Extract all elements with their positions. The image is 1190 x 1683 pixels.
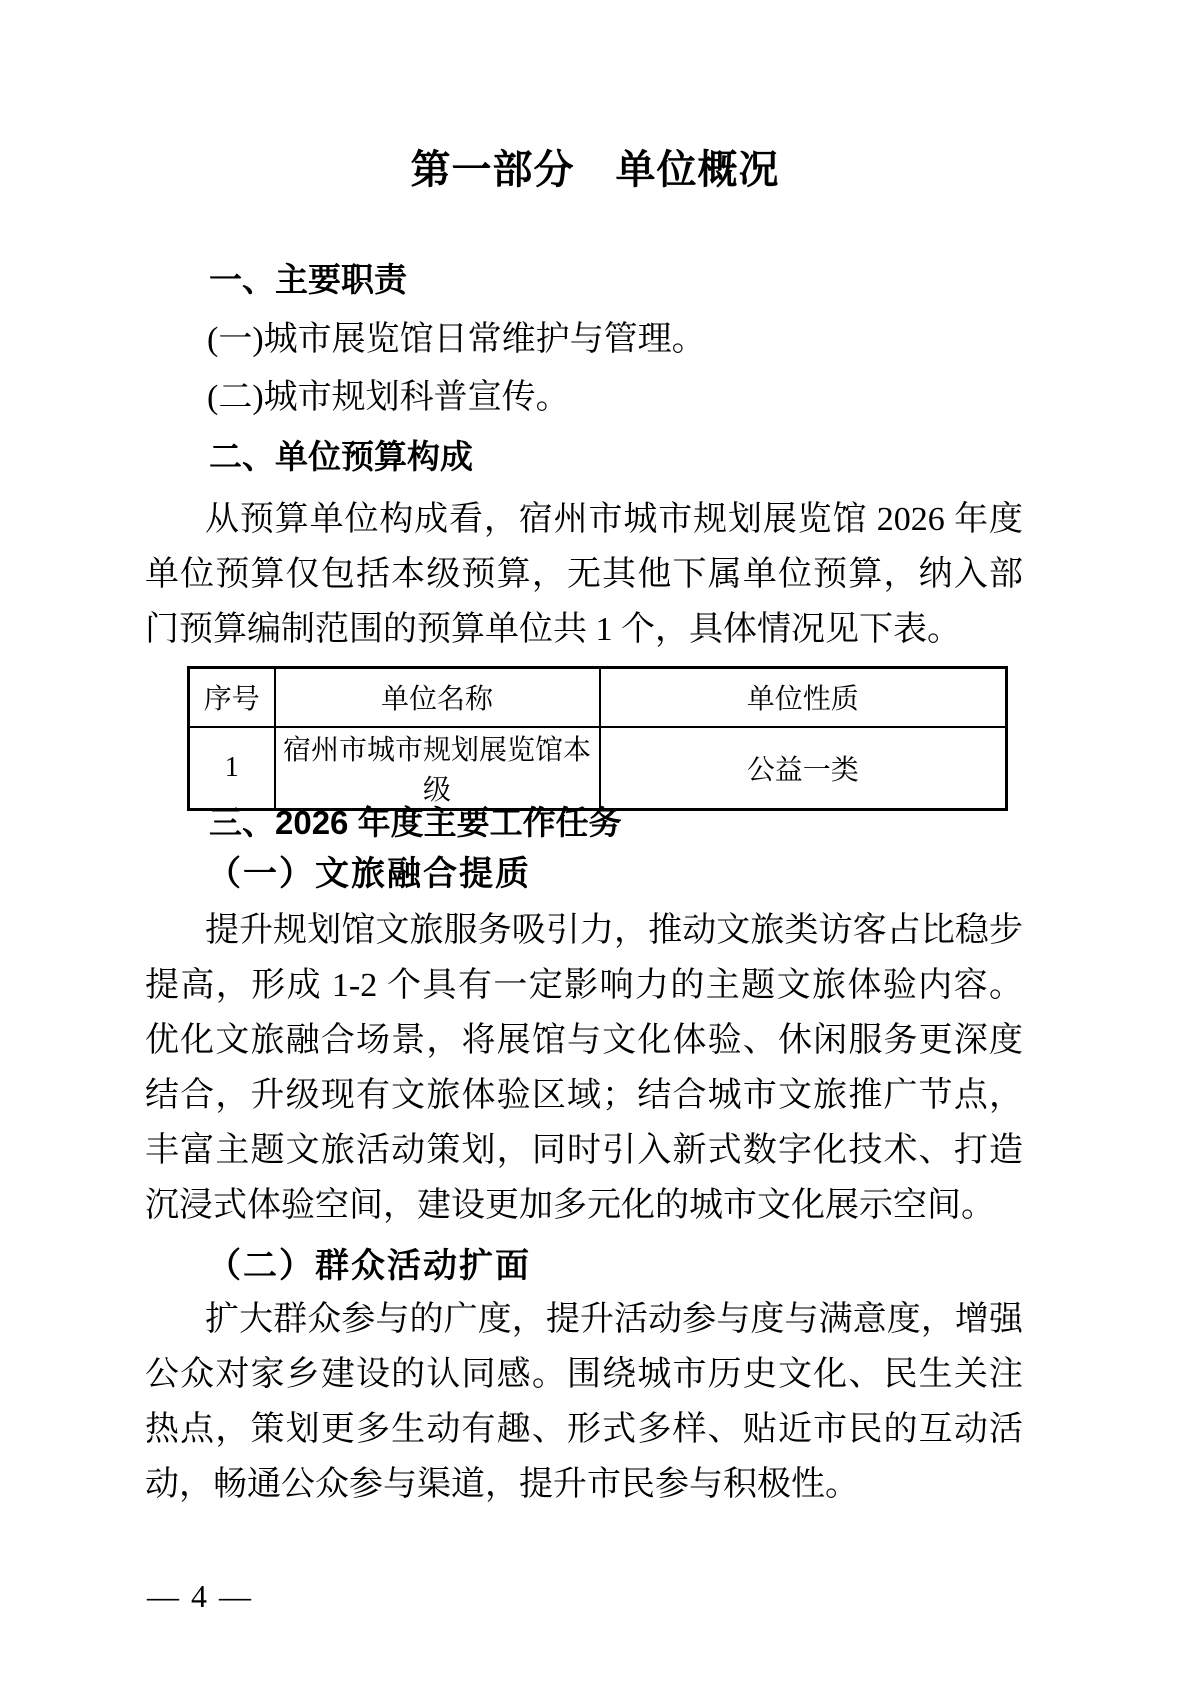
- budget-units-table: 序号 单位名称 单位性质 1 宿州市城市规划展览馆本级 公益一类: [187, 666, 1008, 811]
- section-3-sub-2-paragraph: 扩大群众参与的广度，提升活动参与度与满意度，增强公众对家乡建设的认同感。围绕城市…: [145, 1292, 1023, 1512]
- section-3-sub-2-heading: （二）群众活动扩面: [145, 1247, 1023, 1287]
- section-2-heading: 二、单位预算构成: [145, 437, 1023, 477]
- section-1-heading: 一、主要职责: [145, 260, 1023, 300]
- section-1-item-1: (一)城市展览馆日常维护与管理。: [145, 319, 1023, 361]
- section-2-paragraph: 从预算单位构成看，宿州市城市规划展览馆 2026 年度单位预算仅包括本级预算，无…: [145, 492, 1023, 657]
- table-cell-seq: 1: [189, 727, 275, 810]
- section-3-sub-1-heading: （一）文旅融合提质: [145, 855, 1023, 895]
- section-1-item-2: (二)城市规划科普宣传。: [145, 377, 1023, 419]
- document-page: 第一部分 单位概况 一、主要职责 (一)城市展览馆日常维护与管理。 (二)城市规…: [0, 0, 1190, 1683]
- table-header-row: 序号 单位名称 单位性质: [189, 668, 1007, 727]
- table-header-unit-nature: 单位性质: [600, 668, 1007, 727]
- page-number: — 4 —: [147, 1578, 253, 1615]
- section-3-sub-1-paragraph: 提升规划馆文旅服务吸引力，推动文旅类访客占比稳步提高，形成 1-2 个具有一定影…: [145, 903, 1023, 1233]
- table-cell-unit-nature: 公益一类: [600, 727, 1007, 810]
- section-3-heading: 三、2026 年度主要工作任务: [145, 803, 1023, 843]
- page-title: 第一部分 单位概况: [0, 146, 1190, 194]
- table-header-seq: 序号: [189, 668, 275, 727]
- table-row: 1 宿州市城市规划展览馆本级 公益一类: [189, 727, 1007, 810]
- table-cell-unit-name: 宿州市城市规划展览馆本级: [275, 727, 600, 810]
- table-header-unit-name: 单位名称: [275, 668, 600, 727]
